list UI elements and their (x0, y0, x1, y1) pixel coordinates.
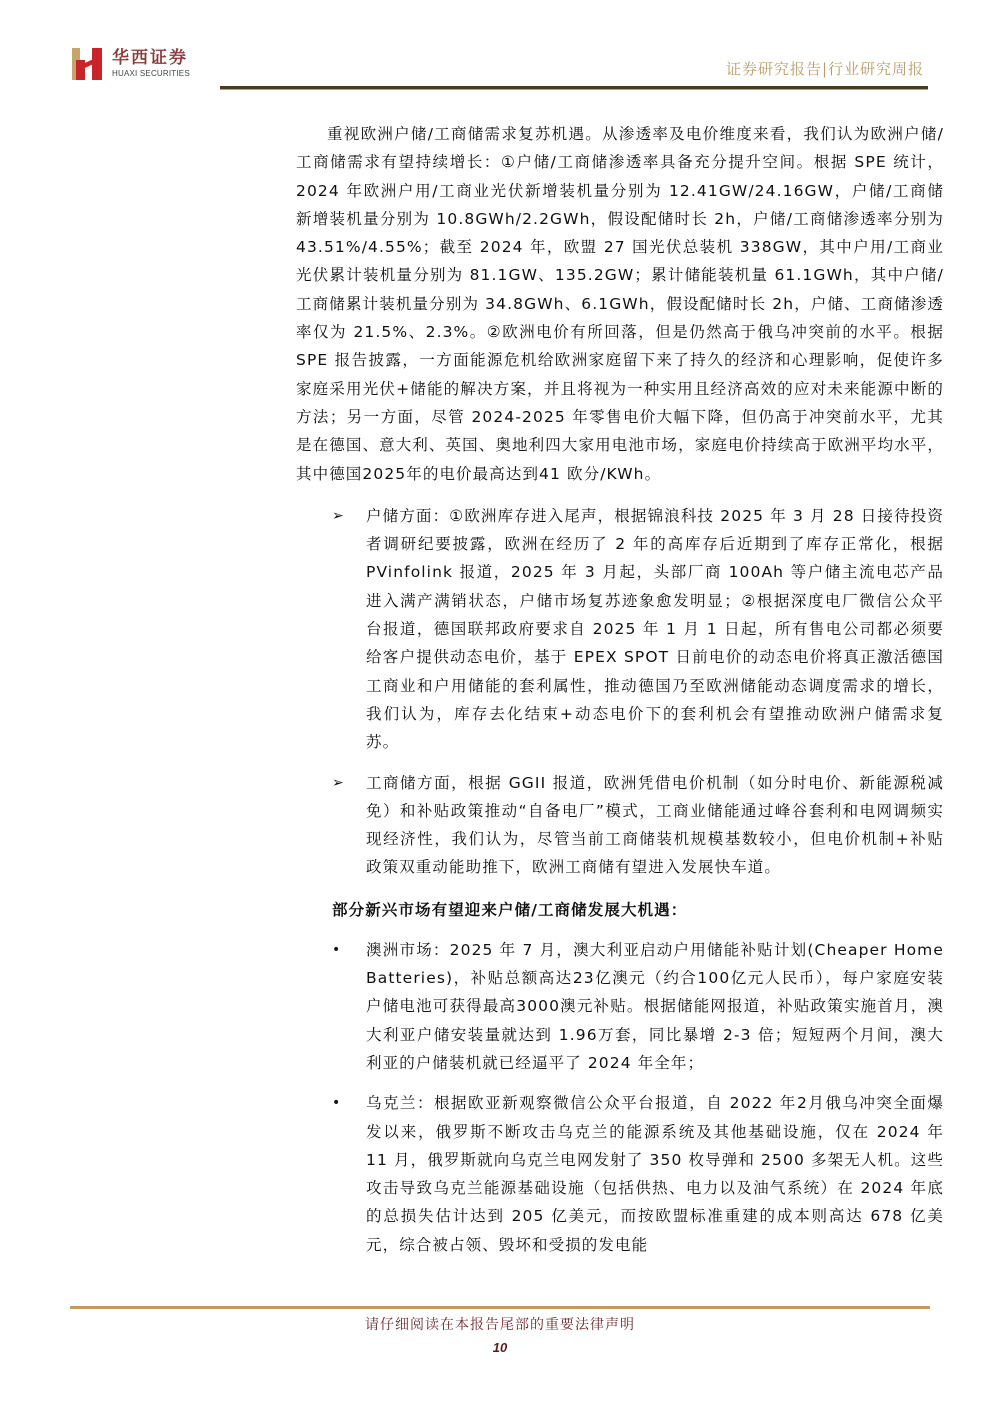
header-divider (220, 86, 928, 90)
logo-chinese-name: 华西证券 (112, 48, 190, 68)
logo-english-name: HUAXI SECURITIES (112, 68, 190, 80)
legal-disclaimer-note: 请仔细阅读在本报告尾部的重要法律声明 (0, 1314, 1000, 1334)
footer-divider (70, 1306, 930, 1309)
bullet-text: 乌克兰：根据欧亚新观察微信公众平台报道，自 2022 年2月俄乌冲突全面爆发以来… (366, 1089, 944, 1259)
bullet-ukraine-market: • 乌克兰：根据欧亚新观察微信公众平台报道，自 2022 年2月俄乌冲突全面爆发… (296, 1089, 944, 1259)
dot-bullet-icon: • (332, 1089, 352, 1117)
company-logo: 华西证券 HUAXI SECURITIES (70, 46, 190, 82)
arrow-bullet-icon: ➢ (332, 502, 352, 530)
bullet-australia-market: • 澳洲市场：2025 年 7 月，澳大利亚启动户用储能补贴计划(Cheaper… (296, 936, 944, 1077)
intro-paragraph: 重视欧洲户储/工商储需求复苏机遇。从渗透率及电价维度来看，我们认为欧洲户储/工商… (296, 120, 944, 488)
section-heading: 部分新兴市场有望迎来户储/工商储发展大机遇： (332, 896, 944, 924)
dot-bullet-icon: • (332, 936, 352, 964)
arrow-bullet-icon: ➢ (332, 769, 352, 797)
report-type-label: 证券研究报告|行业研究周报 (726, 58, 924, 79)
bullet-household-storage: ➢ 户储方面：①欧洲库存进入尾声，根据锦浪科技 2025 年 3 月 28 日接… (296, 502, 944, 757)
page-number: 10 (0, 1340, 1000, 1355)
bullet-text: 户储方面：①欧洲库存进入尾声，根据锦浪科技 2025 年 3 月 28 日接待投… (366, 502, 944, 757)
bullet-commercial-storage: ➢ 工商储方面，根据 GGII 报道，欧洲凭借电价机制（如分时电价、新能源税减免… (296, 769, 944, 882)
report-body: 重视欧洲户储/工商储需求复苏机遇。从渗透率及电价维度来看，我们认为欧洲户储/工商… (296, 120, 944, 1259)
bullet-text: 工商储方面，根据 GGII 报道，欧洲凭借电价机制（如分时电价、新能源税减免）和… (366, 769, 944, 882)
logo-mark-icon (70, 46, 106, 82)
bullet-text: 澳洲市场：2025 年 7 月，澳大利亚启动户用储能补贴计划(Cheaper H… (366, 936, 944, 1077)
